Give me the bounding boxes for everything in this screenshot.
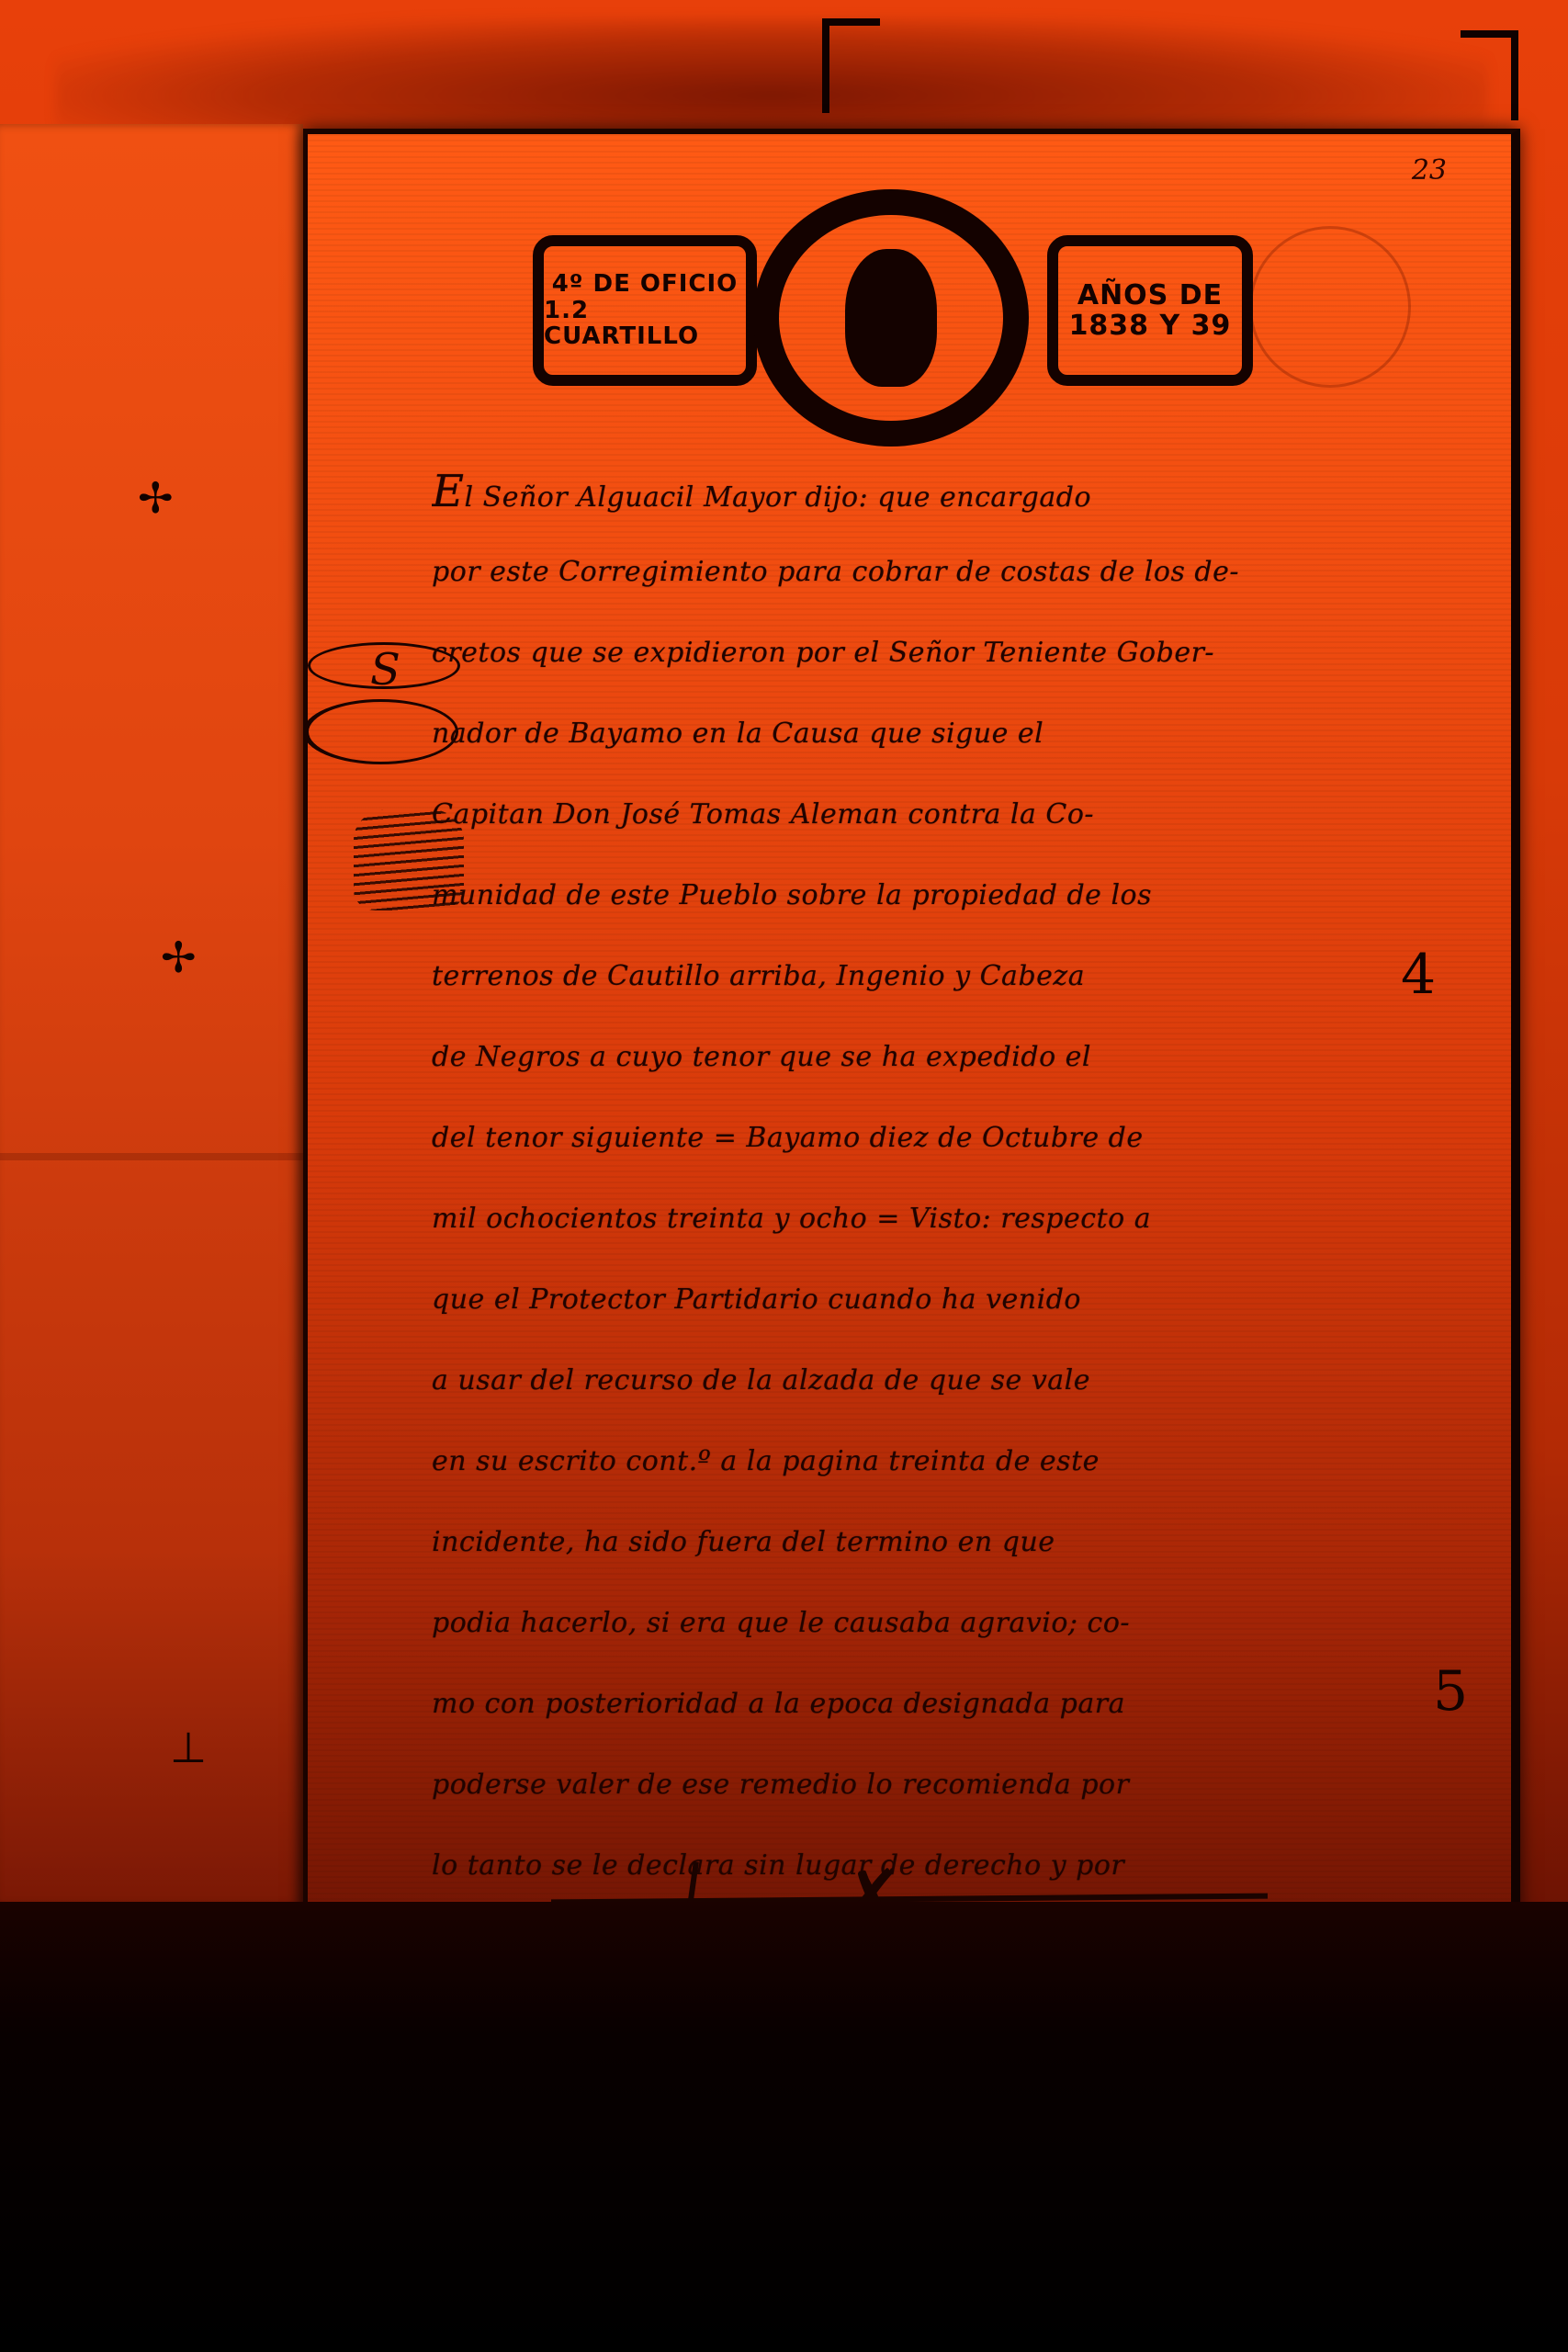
- text-line: podia hacerlo, si era que le causaba agr…: [432, 1583, 1396, 1664]
- crop-mark-left: [822, 18, 880, 113]
- crop-mark-right: [1461, 30, 1518, 120]
- edge-numeral: 4: [1401, 943, 1436, 1007]
- stamp-text: 1838 Y 39: [1069, 311, 1232, 341]
- stamp-office-quarter: 4º DE OFICIO 1.2 CUARTILLO: [533, 235, 757, 386]
- text-line: del tenor siguiente = Bayamo diez de Oct…: [432, 1098, 1396, 1179]
- coat-of-arms-icon: [845, 249, 937, 387]
- rubric-initial: S: [370, 644, 400, 695]
- text-line: El Señor Alguacil Mayor dijo: que encarg…: [432, 451, 1396, 532]
- text-line: cretos que se expidieron por el Señor Te…: [432, 613, 1396, 694]
- embossed-seal-right-icon: [1249, 226, 1411, 388]
- text-line: mo con posterioridad a la epoca designad…: [432, 1664, 1396, 1745]
- text-line: incidente, ha sido fuera del termino en …: [432, 1502, 1396, 1583]
- dark-background: [0, 1902, 1568, 2352]
- page-fold: [0, 1153, 303, 1160]
- left-folded-page: ✢ ✢ ⊥: [0, 124, 303, 1906]
- stamp-years: AÑOS DE 1838 Y 39: [1047, 235, 1253, 386]
- royal-seal-icon: [753, 189, 1029, 447]
- text-line: munidad de este Pueblo sobre la propieda…: [432, 855, 1396, 936]
- stamp-header: 4º DE OFICIO 1.2 CUARTILLO AÑOS DE 1838 …: [533, 171, 1268, 410]
- text-line: nador de Bayamo en la Causa que sigue el: [432, 694, 1396, 775]
- binding-stitch-mark-icon: ✢: [161, 933, 197, 982]
- text-line: por este Corregimiento para cobrar de co…: [432, 532, 1396, 613]
- page-number: 23: [1412, 154, 1447, 187]
- text-line: que el Protector Partidario cuando ha ve…: [432, 1260, 1396, 1340]
- text-line: Capitan Don José Tomas Aleman contra la …: [432, 775, 1396, 855]
- edge-numeral: 5: [1433, 1659, 1468, 1724]
- manuscript-page: 23 4º DE OFICIO 1.2 CUARTILLO AÑOS DE 18…: [303, 129, 1520, 1949]
- binding-stitch-mark-icon: ✢: [138, 473, 174, 523]
- text-line: en su escrito cont.º a la pagina treinta…: [432, 1421, 1396, 1502]
- stamp-text: 4º DE OFICIO: [552, 271, 739, 298]
- text-line: terrenos de Cautillo arriba, Ingenio y C…: [432, 936, 1396, 1017]
- text-line: de Negros a cuyo tenor que se ha expedid…: [432, 1017, 1396, 1098]
- stamp-text: 1.2 CUARTILLO: [544, 298, 746, 350]
- stamp-text: AÑOS DE: [1077, 280, 1223, 311]
- text-line: mil ochocientos treinta y ocho = Visto: …: [432, 1179, 1396, 1260]
- text-line: a usar del recurso de la alzada de que s…: [432, 1340, 1396, 1421]
- binding-stitch-mark-icon: ⊥: [170, 1723, 207, 1772]
- text-line: poderse valer de ese remedio lo recomien…: [432, 1745, 1396, 1826]
- binding-edge: [303, 134, 308, 1949]
